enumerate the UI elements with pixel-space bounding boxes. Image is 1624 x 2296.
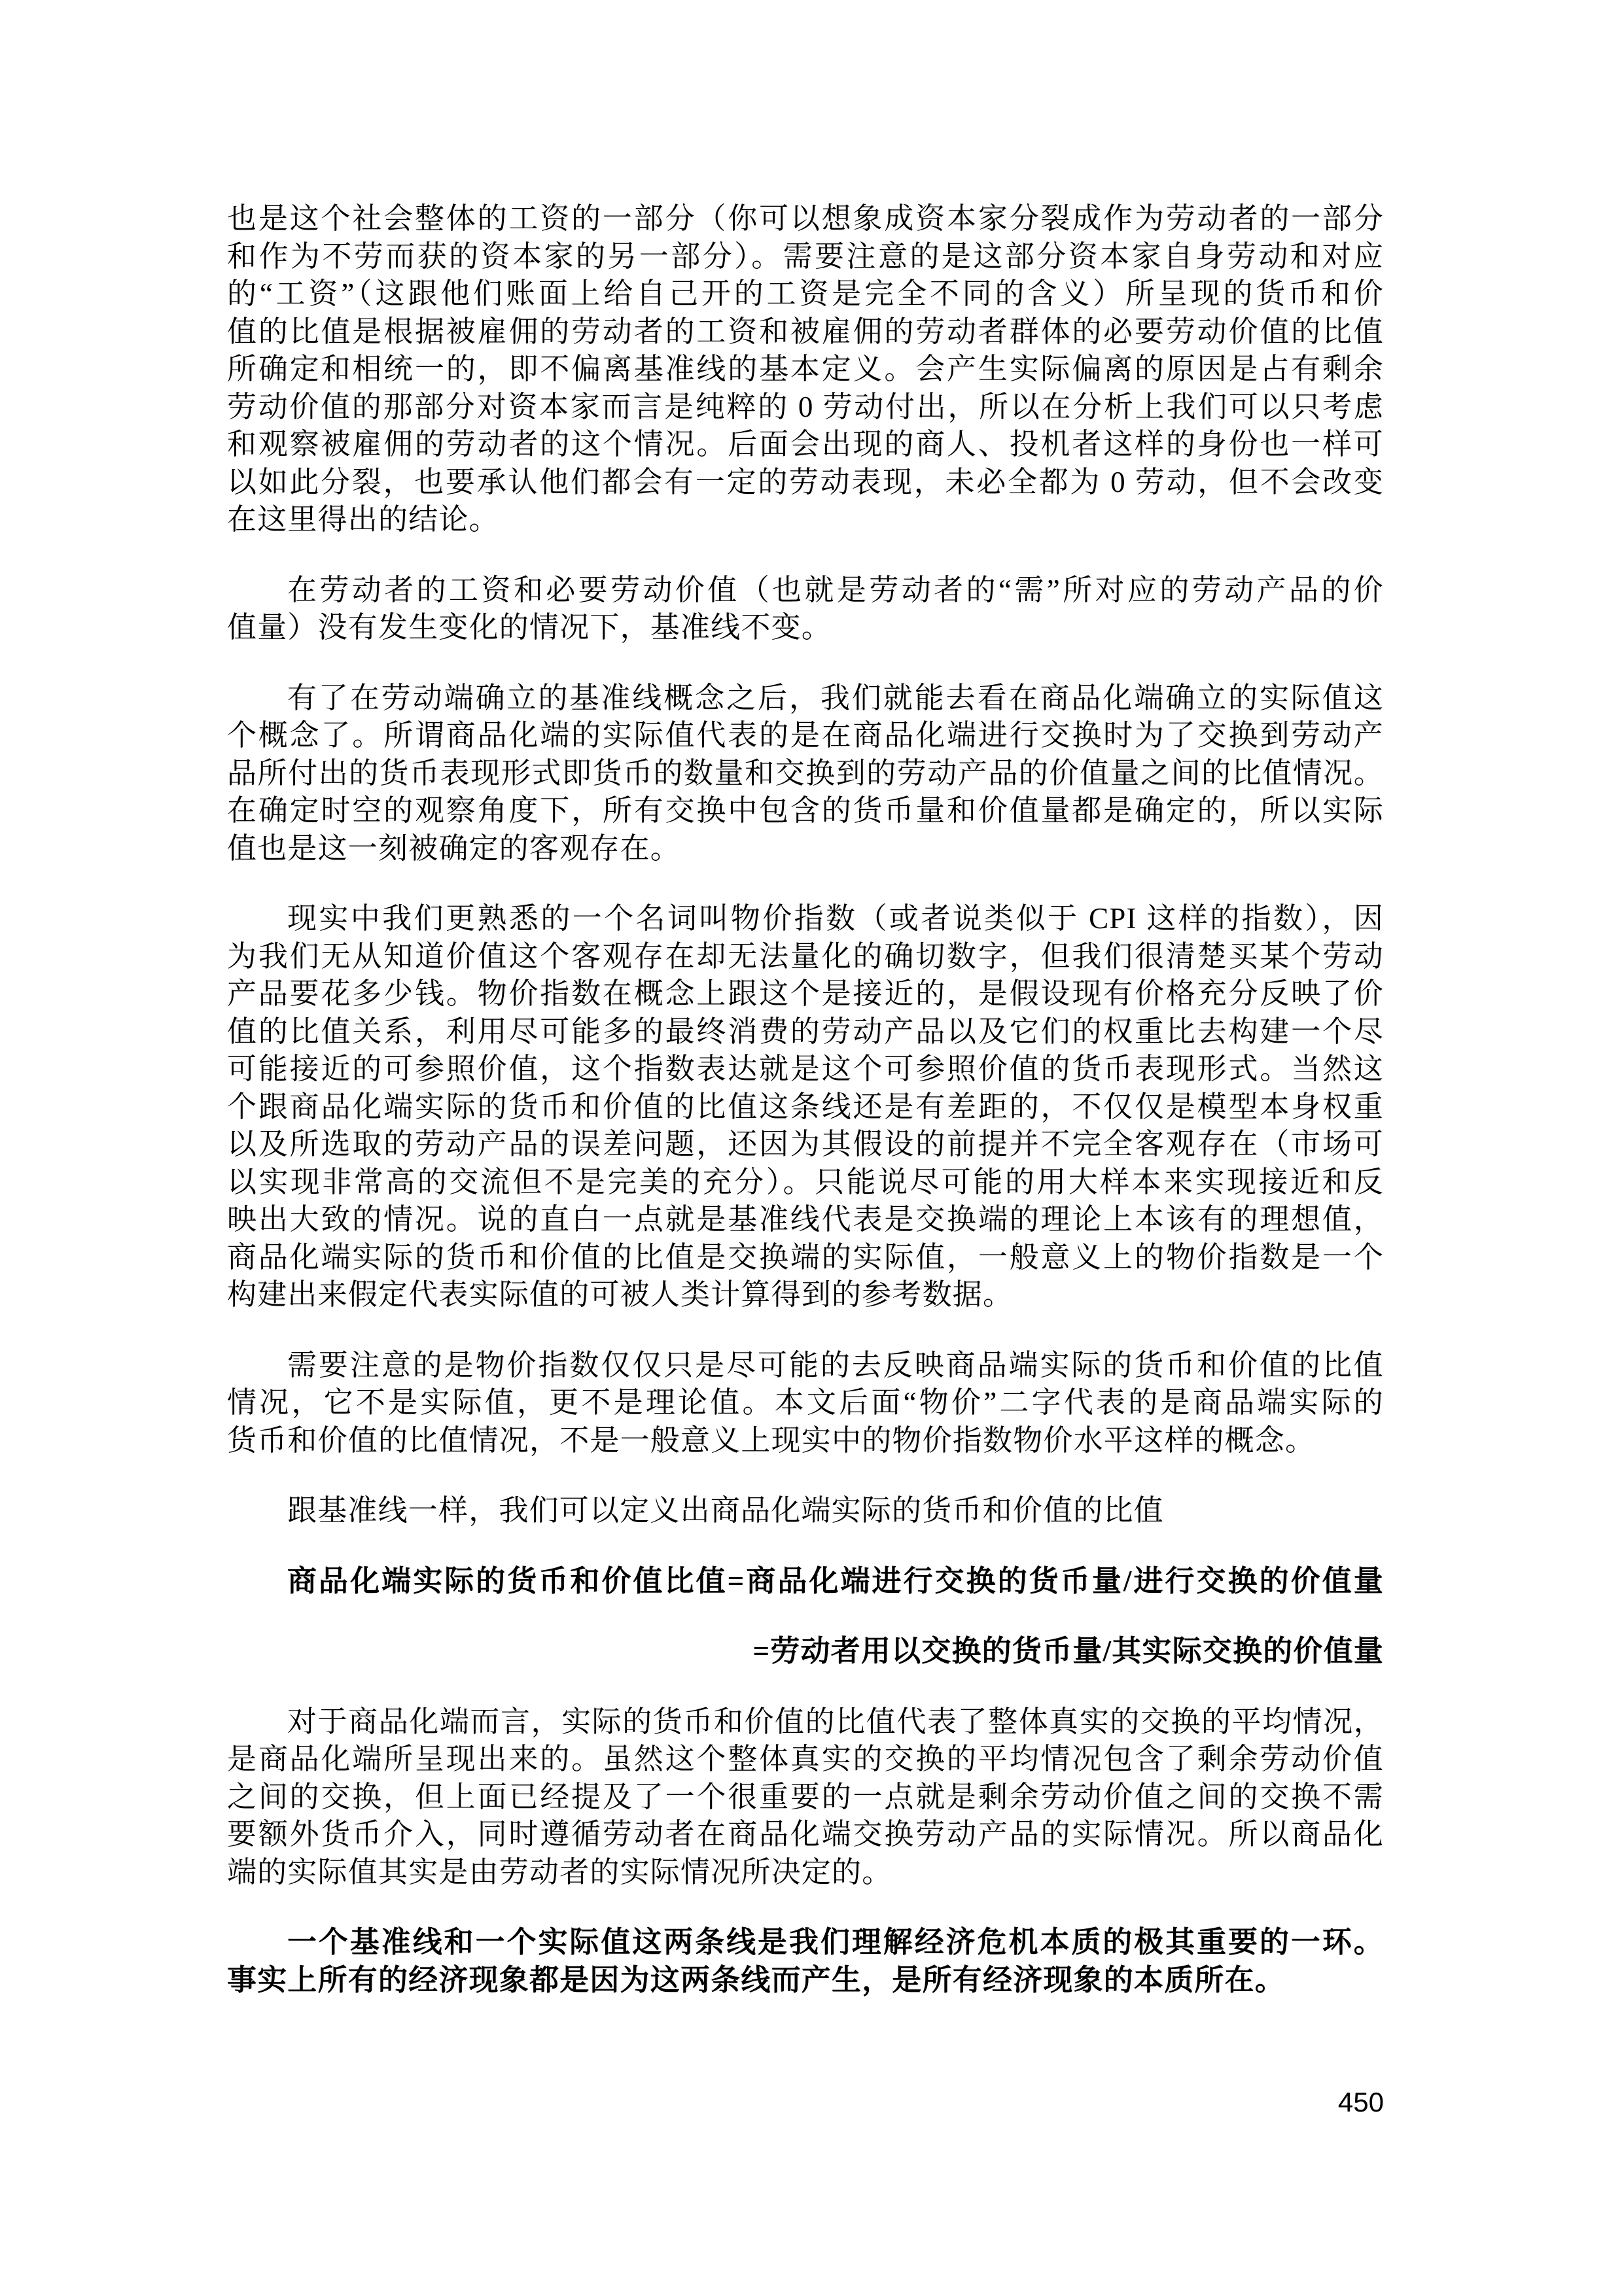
text-line: 以如此分裂，也要承认他们都会有一定的劳动表现，未必全都为 0 劳动，但不会改变: [227, 464, 1384, 502]
text-line: 要额外货币介入，同时遵循劳动者在商品化端交换劳动产品的实际情况。所以商品化: [227, 1816, 1384, 1854]
emphasis-paragraph: =劳动者用以交换的货币量/其实际交换的价值量: [227, 1633, 1384, 1671]
text-line: 和作为不劳而获的资本家的另一部分）。需要注意的是这部分资本家自身劳动和对应: [227, 238, 1384, 276]
body-paragraph: 跟基准线一样，我们可以定义出商品化端实际的货币和价值的比值: [227, 1492, 1384, 1530]
text-line: 在确定时空的观察角度下，所有交换中包含的货币量和价值量都是确定的，所以实际: [227, 792, 1384, 830]
text-line: 在劳动者的工资和必要劳动价值（也就是劳动者的“需”所对应的劳动产品的价: [227, 572, 1384, 610]
emphasis-paragraph: 一个基准线和一个实际值这两条线是我们理解经济危机本质的极其重要的一环。事实上所有…: [227, 1924, 1384, 1999]
text-line: 货币和价值的比值情况，不是一般意义上现实中的物价指数物价水平这样的概念。: [227, 1422, 1384, 1460]
text-line: 和观察被雇佣的劳动者的这个情况。后面会出现的商人、投机者这样的身份也一样可: [227, 426, 1384, 464]
text-line: 情况，它不是实际值，更不是理论值。本文后面“物价”二字代表的是商品端实际的: [227, 1384, 1384, 1422]
text-line: 是商品化端所呈现出来的。虽然这个整体真实的交换的平均情况包含了剩余劳动价值: [227, 1741, 1384, 1779]
text-line: 对于商品化端而言，实际的货币和价值的比值代表了整体真实的交换的平均情况，: [227, 1703, 1384, 1741]
text-line: 跟基准线一样，我们可以定义出商品化端实际的货币和价值的比值: [227, 1492, 1384, 1530]
text-line: 品所付出的货币表现形式即货币的数量和交换到的劳动产品的价值量之间的比值情况。: [227, 755, 1384, 793]
text-line: 值也是这一刻被确定的客观存在。: [227, 830, 1384, 868]
text-line: 构建出来假定代表实际值的可被人类计算得到的参考数据。: [227, 1276, 1384, 1314]
document-page: 也是这个社会整体的工资的一部分（你可以想象成资本家分裂成作为劳动者的一部分和作为…: [0, 0, 1624, 2296]
text-line: 商品化端实际的货币和价值比值=商品化端进行交换的货币量/进行交换的价值量: [227, 1563, 1384, 1601]
text-line: 需要注意的是物价指数仅仅只是尽可能的去反映商品端实际的货币和价值的比值: [227, 1347, 1384, 1385]
text-line: 值的比值是根据被雇佣的劳动者的工资和被雇佣的劳动者群体的必要劳动价值的比值: [227, 313, 1384, 351]
body-paragraph: 有了在劳动端确立的基准线概念之后，我们就能去看在商品化端确立的实际值这个概念了。…: [227, 680, 1384, 868]
emphasis-paragraph: 商品化端实际的货币和价值比值=商品化端进行交换的货币量/进行交换的价值量: [227, 1563, 1384, 1601]
text-line: 端的实际值其实是由劳动者的实际情况所决定的。: [227, 1854, 1384, 1892]
text-line: 可能接近的可参照价值，这个指数表达就是这个可参照价值的货币表现形式。当然这: [227, 1051, 1384, 1088]
text-line: 以实现非常高的交流但不是完美的充分）。只能说尽可能的用大样本来实现接近和反: [227, 1164, 1384, 1202]
body-paragraph: 在劳动者的工资和必要劳动价值（也就是劳动者的“需”所对应的劳动产品的价值量）没有…: [227, 572, 1384, 647]
document-text: 也是这个社会整体的工资的一部分（你可以想象成资本家分裂成作为劳动者的一部分和作为…: [227, 200, 1384, 1999]
text-line: 值量）没有发生变化的情况下，基准线不变。: [227, 609, 1384, 647]
body-paragraph: 需要注意的是物价指数仅仅只是尽可能的去反映商品端实际的货币和价值的比值情况，它不…: [227, 1347, 1384, 1460]
text-line: 个概念了。所谓商品化端的实际值代表的是在商品化端进行交换时为了交换到劳动产: [227, 717, 1384, 755]
page-number: 450: [1338, 2088, 1384, 2117]
text-line: 劳动价值的那部分对资本家而言是纯粹的 0 劳动付出，所以在分析上我们可以只考虑: [227, 389, 1384, 426]
text-line: 事实上所有的经济现象都是因为这两条线而产生，是所有经济现象的本质所在。: [227, 1962, 1384, 2000]
text-line: =劳动者用以交换的货币量/其实际交换的价值量: [227, 1633, 1384, 1671]
text-line: 值的比值关系，利用尽可能多的最终消费的劳动产品以及它们的权重比去构建一个尽: [227, 1013, 1384, 1051]
text-line: 为我们无从知道价值这个客观存在却无法量化的确切数字，但我们很清楚买某个劳动: [227, 938, 1384, 976]
text-line: 产品要花多少钱。物价指数在概念上跟这个是接近的，是假设现有价格充分反映了价: [227, 975, 1384, 1013]
text-line: 有了在劳动端确立的基准线概念之后，我们就能去看在商品化端确立的实际值这: [227, 680, 1384, 718]
text-line: 一个基准线和一个实际值这两条线是我们理解经济危机本质的极其重要的一环。: [227, 1924, 1384, 1962]
text-line: 现实中我们更熟悉的一个名词叫物价指数（或者说类似于 CPI 这样的指数），因: [227, 900, 1384, 938]
body-paragraph: 对于商品化端而言，实际的货币和价值的比值代表了整体真实的交换的平均情况，是商品化…: [227, 1703, 1384, 1892]
body-paragraph: 现实中我们更熟悉的一个名词叫物价指数（或者说类似于 CPI 这样的指数），因为我…: [227, 900, 1384, 1314]
text-line: 映出大致的情况。说的直白一点就是基准线代表是交换端的理论上本该有的理想值，: [227, 1201, 1384, 1239]
text-line: 之间的交换，但上面已经提及了一个很重要的一点就是剩余劳动价值之间的交换不需: [227, 1779, 1384, 1817]
text-line: 的“工资”（这跟他们账面上给自己开的工资是完全不同的含义）所呈现的货币和价: [227, 275, 1384, 313]
text-line: 商品化端实际的货币和价值的比值是交换端的实际值，一般意义上的物价指数是一个: [227, 1239, 1384, 1277]
text-line: 个跟商品化端实际的货币和价值的比值这条线还是有差距的，不仅仅是模型本身权重: [227, 1088, 1384, 1126]
text-line: 所确定和相统一的，即不偏离基准线的基本定义。会产生实际偏离的原因是占有剩余: [227, 351, 1384, 389]
text-line: 以及所选取的劳动产品的误差问题，还因为其假设的前提并不完全客观存在（市场可: [227, 1126, 1384, 1164]
text-line: 在这里得出的结论。: [227, 501, 1384, 539]
body-paragraph: 也是这个社会整体的工资的一部分（你可以想象成资本家分裂成作为劳动者的一部分和作为…: [227, 200, 1384, 539]
text-line: 也是这个社会整体的工资的一部分（你可以想象成资本家分裂成作为劳动者的一部分: [227, 200, 1384, 238]
